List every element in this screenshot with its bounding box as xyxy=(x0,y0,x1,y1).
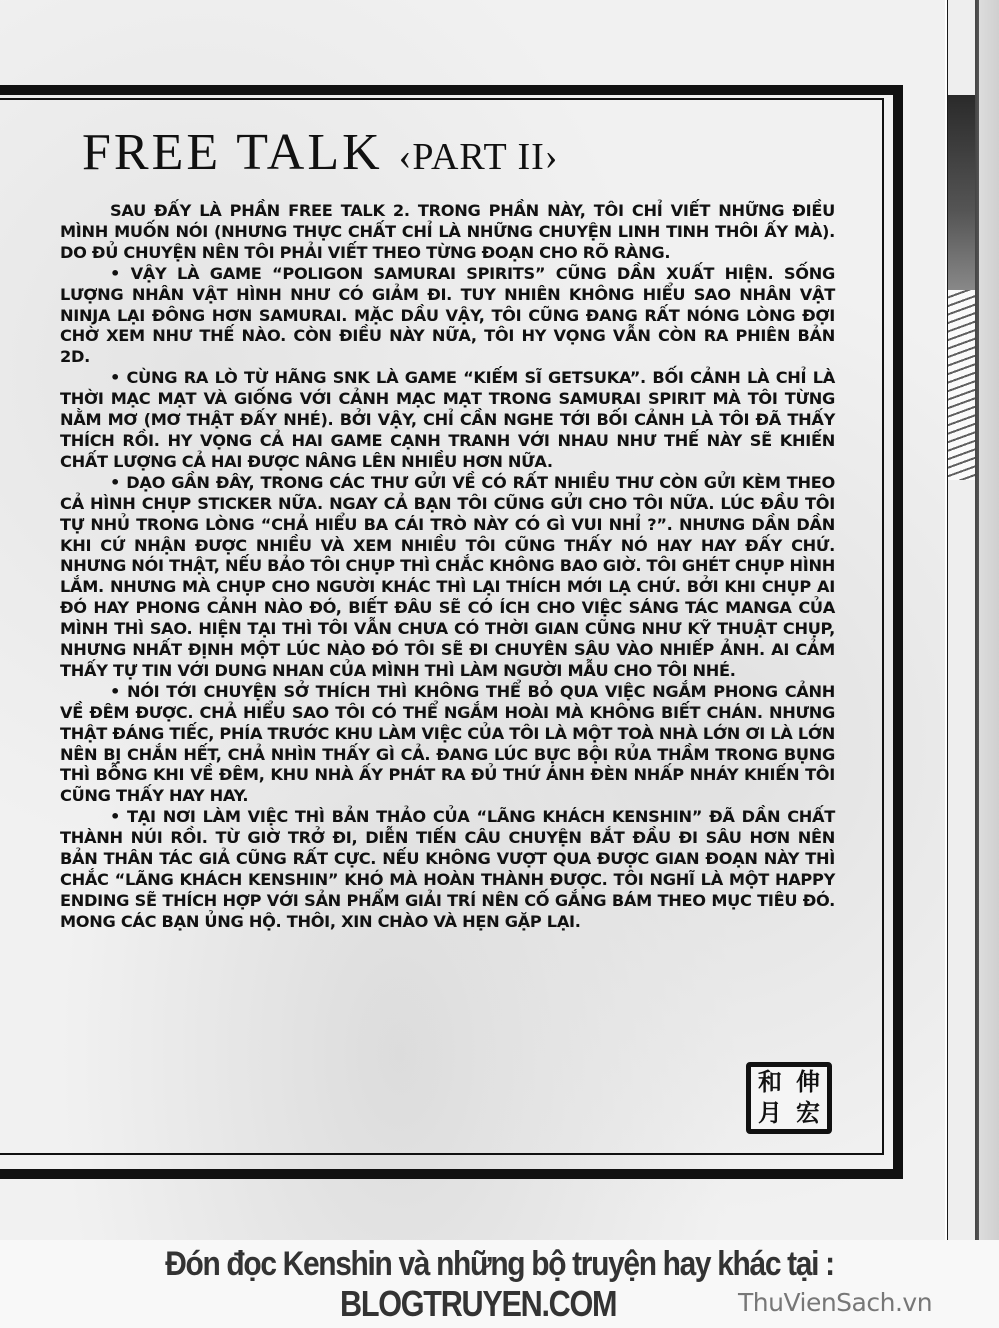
paragraph-sticker: • DẠO GẦN ĐÂY, TRONG CÁC THƯ GỬI VỀ CÓ R… xyxy=(60,473,835,682)
paragraph-kenshin: • TẠI NƠI LÀM VIỆC THÌ BẢN THẢO CỦA “LÃN… xyxy=(60,807,835,932)
page-title: FREE TALK ‹PART II› xyxy=(82,123,842,182)
paragraph-poligon-samurai: • VẬY LÀ GAME “POLIGON SAMURAI SPIRITS” … xyxy=(60,264,835,369)
author-seal-stamp: 伸 和 宏 月 xyxy=(746,1062,832,1134)
free-talk-body: SAU ĐẤY LÀ PHẦN FREE TALK 2. TRONG PHẦN … xyxy=(60,201,835,933)
manga-panel-art xyxy=(948,290,975,480)
seal-char: 和 xyxy=(751,1067,789,1098)
watermark: ThuVienSach.vn xyxy=(738,1288,932,1317)
manga-panel-dark xyxy=(948,95,975,290)
seal-char: 宏 xyxy=(789,1098,827,1129)
site-link[interactable]: BLOGTRUYEN.COM xyxy=(340,1283,616,1325)
title-main: FREE TALK xyxy=(82,124,383,181)
title-part: ‹PART II› xyxy=(399,136,559,178)
paragraph-intro: SAU ĐẤY LÀ PHẦN FREE TALK 2. TRONG PHẦN … xyxy=(60,201,835,264)
seal-char: 伸 xyxy=(789,1067,827,1098)
adjacent-page-edge xyxy=(945,0,999,1240)
paragraph-getsuka: • CÙNG RA LÒ TỪ HÃNG SNK LÀ GAME “KIẾM S… xyxy=(60,368,835,473)
seal-char: 月 xyxy=(751,1098,789,1129)
promo-text: Đón đọc Kenshin và những bộ truyện hay k… xyxy=(60,1245,939,1284)
paragraph-night-view: • NÓI TỚI CHUYỆN SỞ THÍCH THÌ KHÔNG THỂ … xyxy=(60,682,835,807)
